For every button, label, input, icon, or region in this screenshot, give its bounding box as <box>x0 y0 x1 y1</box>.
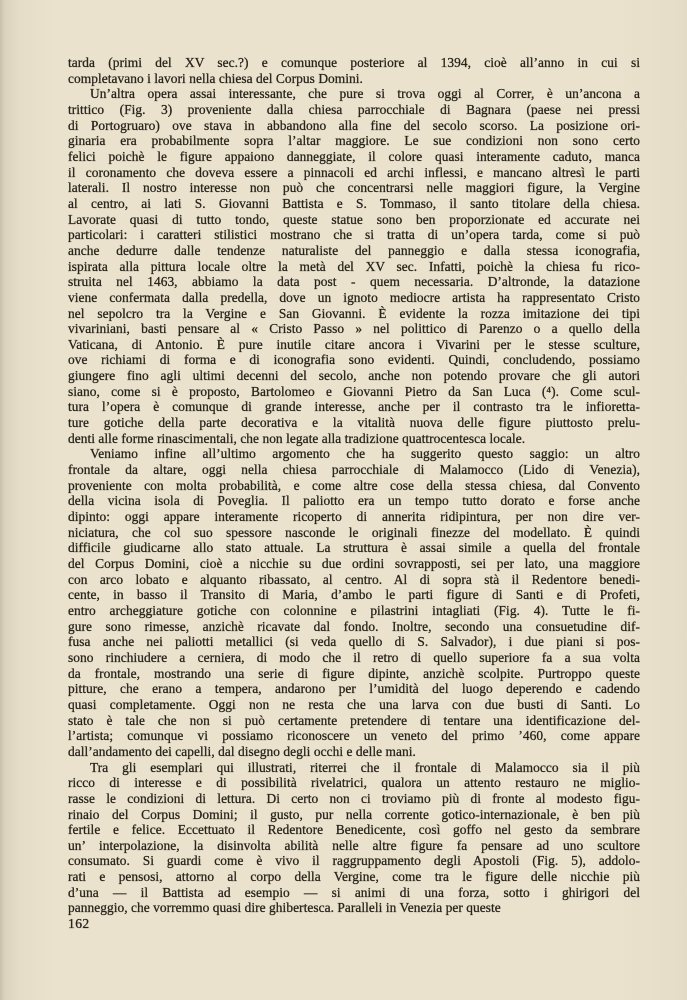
text-line: del Corpus Domini, cioè a nicchie su due… <box>68 556 640 572</box>
text-line: il coronamento che doveva essere a pinna… <box>68 165 640 181</box>
paragraph: Tra gli esemplari qui illustrati, riterr… <box>68 760 640 917</box>
text-line: trittico (Fig. 3) proveniente dalla chie… <box>68 102 640 118</box>
text-line: un’ interpolazione, la disinvolta abilit… <box>68 838 640 854</box>
text-line: siano, come si è proposto, Bartolomeo e … <box>68 384 640 400</box>
text-line: struita nel 1463, abbiamo la data post -… <box>68 274 640 290</box>
text-line: Veniamo infine all’ultimo argomento che … <box>68 446 640 462</box>
text-line: l’artista; comunque vi possiamo riconosc… <box>68 728 640 744</box>
text-line: entro archeggiature gotiche con colonnin… <box>68 603 640 619</box>
text-line: ricco di interesse e di possibilità rive… <box>68 775 640 791</box>
paragraph: Veniamo infine all’ultimo argomento che … <box>68 446 640 759</box>
text-line: particolari: i caratteri stilistici most… <box>68 227 640 243</box>
text-line: denti alle forme rinascimentali, che non… <box>68 431 640 447</box>
text-line: da frontale, mostrando una serie di figu… <box>68 666 640 682</box>
text-line: proveniente con molta probabilità, e com… <box>68 478 640 494</box>
text-line: fertile e felice. Eccettuato il Redentor… <box>68 822 640 838</box>
text-line: Tra gli esemplari qui illustrati, riterr… <box>68 760 640 776</box>
text-line: tura l’opera è comunque di grande intere… <box>68 399 640 415</box>
paragraph: Un’altra opera assai interessante, che p… <box>68 86 640 446</box>
text-line: ispirata alla pittura locale oltre la me… <box>68 259 640 275</box>
paragraph: tarda (primi del XV sec.?) e comunque po… <box>68 55 640 86</box>
text-line: vivariniani, basti pensare al « Cristo P… <box>68 321 640 337</box>
text-line: giungere fino agli ultimi decenni del se… <box>68 368 640 384</box>
text-line: rasse le condizioni di lettura. Di certo… <box>68 791 640 807</box>
text-line: viene confermata dalla predella, dove un… <box>68 290 640 306</box>
text-line: panneggio, che vorremmo quasi dire ghibe… <box>68 900 640 916</box>
page-text: tarda (primi del XV sec.?) e comunque po… <box>68 55 640 916</box>
text-line: Lavorate quasi di tutto tondo, queste st… <box>68 212 640 228</box>
text-line: d’una — il Battista ad esempio — si anim… <box>68 885 640 901</box>
page-number: 162 <box>68 916 90 932</box>
text-line: Vaticana, di Antonio. È pure inutile cit… <box>68 337 640 353</box>
text-line: laterali. Il nostro interesse non può ch… <box>68 180 640 196</box>
text-line: dipinto: oggi appare interamente ricoper… <box>68 509 640 525</box>
text-line: ove richiami di forma e di iconografia s… <box>68 352 640 368</box>
text-line: rinaio del Corpus Domini; il gusto, pur … <box>68 807 640 823</box>
text-line: frontale da altare, oggi nella chiesa pa… <box>68 462 640 478</box>
text-line: quasi completamente. Oggi non ne resta c… <box>68 697 640 713</box>
text-line: felici poichè le figure appaiono dannegg… <box>68 149 640 165</box>
text-line: ginaria era probabilmente sopra l’altar … <box>68 133 640 149</box>
text-line: stato è tale che non si può certamente p… <box>68 713 640 729</box>
text-line: Un’altra opera assai interessante, che p… <box>68 86 640 102</box>
book-page: tarda (primi del XV sec.?) e comunque po… <box>0 0 687 1000</box>
text-line: pitture, che erano a tempera, andarono p… <box>68 681 640 697</box>
text-line: niciatura, che col suo spessore nasconde… <box>68 525 640 541</box>
text-line: difficile giudicarne allo stato attuale.… <box>68 540 640 556</box>
text-line: cente, in basso il Transito di Maria, d’… <box>68 587 640 603</box>
text-line: completavano i lavori nella chiesa del C… <box>68 71 640 87</box>
text-line: consumato. Si guardi come è vivo il ragg… <box>68 853 640 869</box>
text-line: ture gotiche della parte decorativa e la… <box>68 415 640 431</box>
text-line: con arco lobato e alquanto ribassato, al… <box>68 572 640 588</box>
text-line: dall’andamento dei capelli, dal disegno … <box>68 744 640 760</box>
text-line: gure sono rimesse, anzichè ricavate dal … <box>68 619 640 635</box>
text-line: al centro, ai lati S. Giovanni Battista … <box>68 196 640 212</box>
text-line: anche dedurre dalle tendenze naturaliste… <box>68 243 640 259</box>
text-line: nel sepolcro tra la Vergine e San Giovan… <box>68 306 640 322</box>
text-line: fusa anche nei paliotti metallici (si ve… <box>68 634 640 650</box>
text-line: rati e pensosi, attorno al corpo della V… <box>68 869 640 885</box>
text-line: sono rinchiudere a cerniera, di modo che… <box>68 650 640 666</box>
text-line: di Portogruaro) ove stava in abbandono a… <box>68 118 640 134</box>
text-line: tarda (primi del XV sec.?) e comunque po… <box>68 55 640 71</box>
text-line: della vicina isola di Poveglia. Il palio… <box>68 493 640 509</box>
